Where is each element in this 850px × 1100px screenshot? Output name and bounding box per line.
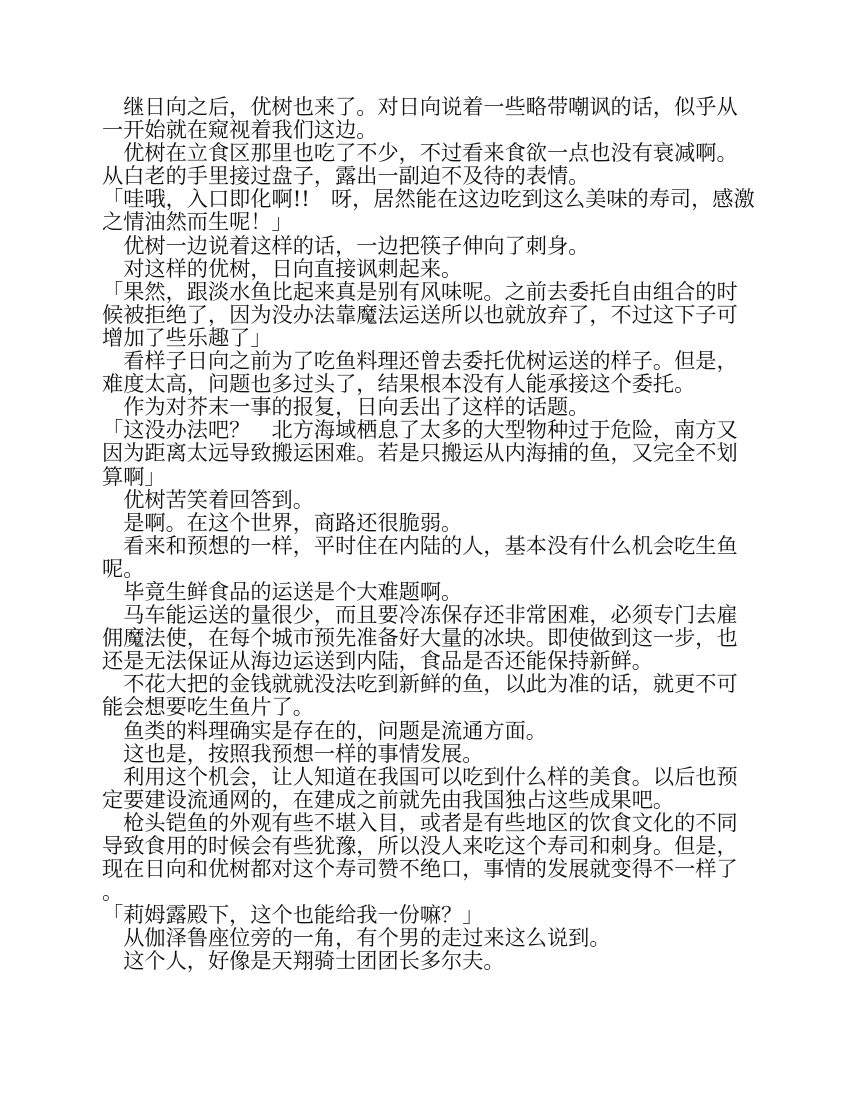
paragraph: 这也是，按照我预想一样的事情发展。 (102, 742, 758, 765)
paragraph: 毕竟生鲜食品的运送是个大难题啊。 (102, 580, 758, 603)
paragraph: 枪头铠鱼的外观有些不堪入目，或者是有些地区的饮食文化的不同导致食用的时候会有些犹… (102, 811, 758, 903)
paragraph: 从伽泽鲁座位旁的一角，有个男的走过来这么说到。 (102, 926, 758, 949)
paragraph: 看样子日向之前为了吃鱼料理还曾去委托优树运送的样子。但是，难度太高，问题也多过头… (102, 349, 758, 395)
paragraph: 对这样的优树，日向直接讽刺起来。 (102, 257, 758, 280)
paragraph: 鱼类的料理确实是存在的，问题是流通方面。 (102, 719, 758, 742)
paragraph: 优树苦笑着回答到。 (102, 488, 758, 511)
paragraph: 不花大把的金钱就就没法吃到新鲜的鱼，以此为准的话，就更不可能会想要吃生鱼片了。 (102, 672, 758, 718)
paragraph: 这个人，好像是天翔骑士团团长多尔夫。 (102, 949, 758, 972)
paragraph: 看来和预想的一样，平时住在内陆的人，基本没有什么机会吃生鱼呢。 (102, 534, 758, 580)
dialogue-paragraph: 「哇哦，入口即化啊!! 呀，居然能在这边吃到这么美味的寿司，感激之情油然而生呢！… (102, 187, 758, 233)
dialogue-paragraph: 「果然，跟淡水鱼比起来真是别有风味呢。之前去委托自由组合的时候被拒绝了，因为没办… (102, 280, 758, 349)
paragraph: 优树一边说着这样的话，一边把筷子伸向了刺身。 (102, 234, 758, 257)
paragraph: 优树在立食区那里也吃了不少，不过看来食欲一点也没有衰减啊。从白老的手里接过盘子，… (102, 141, 758, 187)
dialogue-paragraph: 「这没办法吧？ 北方海域栖息了太多的大型物种过于危险，南方又因为距离太远导致搬运… (102, 418, 758, 487)
paragraph: 是啊。在这个世界，商路还很脆弱。 (102, 511, 758, 534)
paragraph: 继日向之后，优树也来了。对日向说着一些略带嘲讽的话，似乎从一开始就在窥视着我们这… (102, 95, 758, 141)
paragraph: 利用这个机会，让人知道在我国可以吃到什么样的美食。以后也预定要建设流通网的，在建… (102, 765, 758, 811)
dialogue-paragraph: 「莉姆露殿下，这个也能给我一份嘛？」 (102, 903, 758, 926)
document-page: 继日向之后，优树也来了。对日向说着一些略带嘲讽的话，似乎从一开始就在窥视着我们这… (102, 95, 758, 973)
paragraph: 作为对芥末一事的报复，日向丢出了这样的话题。 (102, 395, 758, 418)
paragraph: 马车能运送的量很少，而且要冷冻保存还非常困难，必须专门去雇佣魔法使，在每个城市预… (102, 603, 758, 672)
